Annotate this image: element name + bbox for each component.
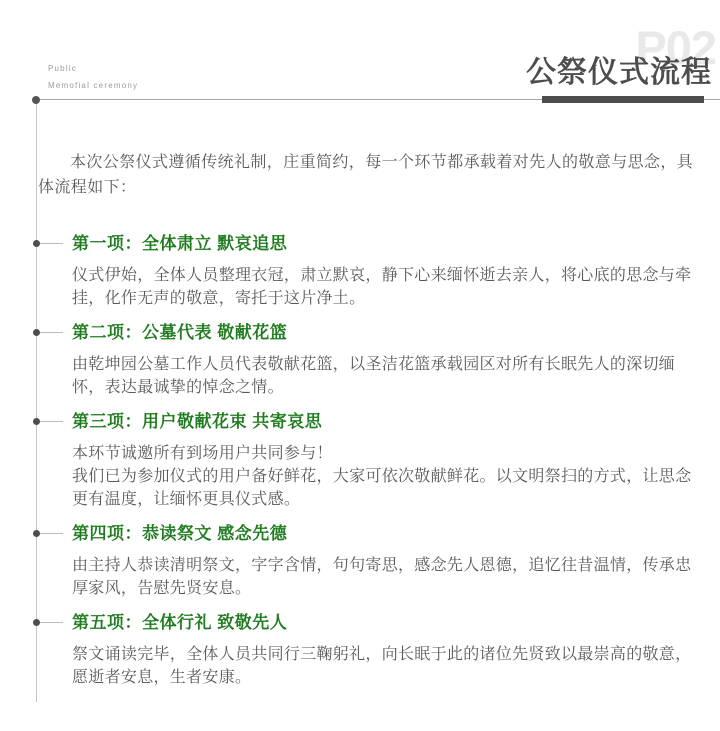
ceremony-step-5: 第五项：全体行礼 致敬先人 祭文诵读完毕，全体人员共同行三鞠躬礼，向长眠于此的诸… — [72, 612, 692, 689]
page: Public Memofial ceremony P02 公祭仪式流程 本次公祭… — [0, 0, 720, 731]
step-title: 第五项：全体行礼 致敬先人 — [72, 612, 692, 634]
step-title: 第四项：恭读祭文 感念先德 — [72, 523, 692, 545]
intro-paragraph: 本次公祭仪式遵循传统礼制，庄重简约，每一个环节都承载着对先人的敬意与思念，具体流… — [38, 150, 694, 200]
step-body: 本环节诚邀所有到场用户共同参与！ — [72, 442, 692, 465]
timeline-dash-icon — [40, 332, 63, 333]
header-english-line2: Memofial ceremony — [48, 77, 138, 94]
timeline-node-dot-icon — [33, 530, 40, 537]
page-title: 公祭仪式流程 — [526, 56, 712, 90]
timeline-node-dot-icon — [33, 418, 40, 425]
step-body: 仪式伊始，全体人员整理衣冠，肃立默哀，静下心来缅怀逝去亲人，将心底的思念与牵挂，… — [72, 264, 692, 310]
header-accent-bar — [542, 96, 704, 103]
timeline-node-dot-icon — [33, 329, 40, 336]
ceremony-step-2: 第二项：公墓代表 敬献花篮 由乾坤园公墓工作人员代表敬献花篮，以圣洁花篮承载园区… — [72, 322, 692, 399]
header-english-subtitle: Public Memofial ceremony — [48, 60, 138, 94]
ceremony-step-4: 第四项：恭读祭文 感念先德 由主持人恭读清明祭文，字字含情，句句寄思，感念先人恩… — [72, 523, 692, 600]
timeline-node-dot-icon — [33, 240, 40, 247]
ceremony-step-3: 第三项：用户敬献花束 共寄哀思 本环节诚邀所有到场用户共同参与！ 我们已为参加仪… — [72, 411, 692, 511]
timeline-vertical-line — [36, 100, 37, 702]
ceremony-step-1: 第一项：全体肃立 默哀追思 仪式伊始，全体人员整理衣冠，肃立默哀，静下心来缅怀逝… — [72, 233, 692, 310]
header-english-line1: Public — [48, 60, 138, 77]
step-title: 第二项：公墓代表 敬献花篮 — [72, 322, 692, 344]
timeline-dash-icon — [40, 243, 63, 244]
step-title: 第三项：用户敬献花束 共寄哀思 — [72, 411, 692, 433]
timeline-dash-icon — [40, 622, 63, 623]
step-body: 我们已为参加仪式的用户备好鲜花，大家可依次敬献鲜花。以文明祭扫的方式，让思念更有… — [72, 465, 692, 511]
step-body: 由主持人恭读清明祭文，字字含情，句句寄思，感念先人恩德，追忆往昔温情，传承忠厚家… — [72, 554, 692, 600]
timeline-start-dot-icon — [32, 96, 40, 104]
step-body: 由乾坤园公墓工作人员代表敬献花篮，以圣洁花篮承载园区对所有长眠先人的深切缅怀，表… — [72, 353, 692, 399]
timeline-dash-icon — [40, 421, 63, 422]
timeline-node-dot-icon — [33, 619, 40, 626]
step-body: 祭文诵读完毕，全体人员共同行三鞠躬礼，向长眠于此的诸位先贤致以最崇高的敬意，愿逝… — [72, 643, 692, 689]
ceremony-steps-list: 第一项：全体肃立 默哀追思 仪式伊始，全体人员整理衣冠，肃立默哀，静下心来缅怀逝… — [72, 233, 692, 701]
step-title: 第一项：全体肃立 默哀追思 — [72, 233, 692, 255]
timeline-dash-icon — [40, 533, 63, 534]
